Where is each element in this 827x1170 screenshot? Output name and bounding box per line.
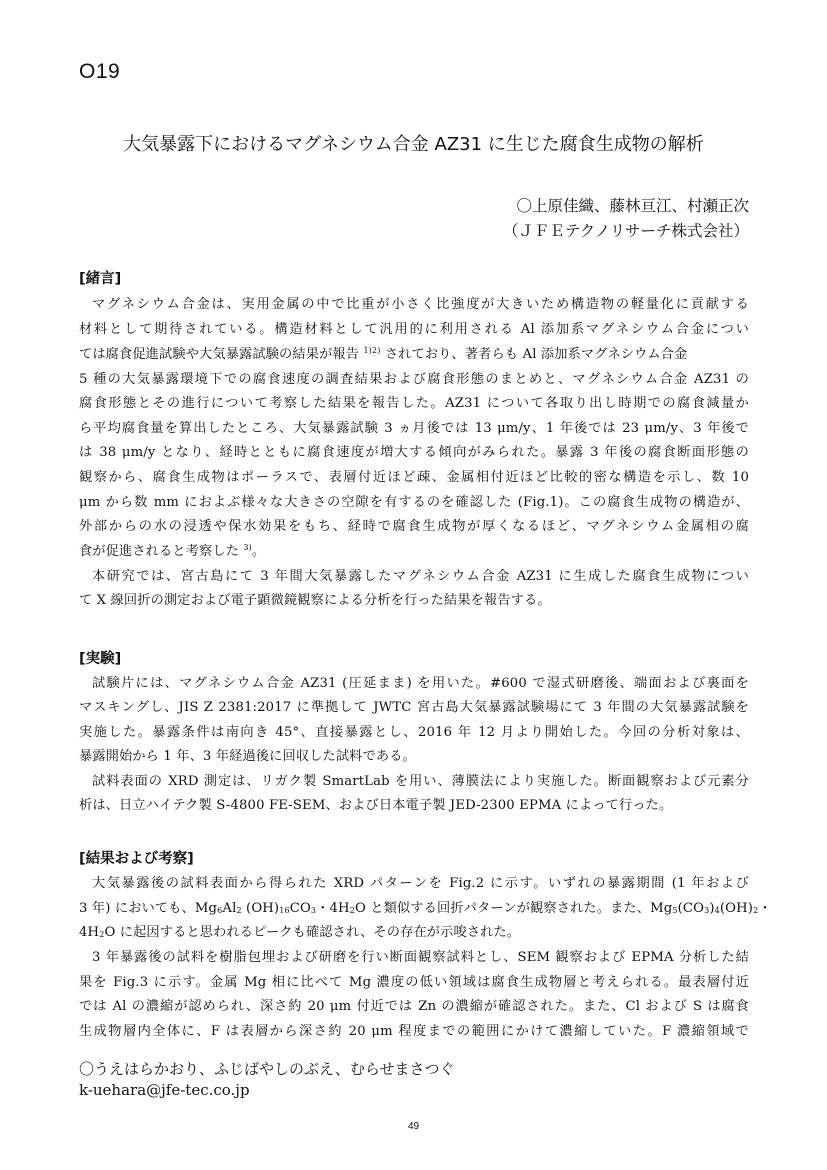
results-line-6: では Al の濃縮が認められ、深さ約 20 μm 付近では Zn の濃縮が確認さ… [79, 995, 749, 1014]
author-list: 〇上原佳織、藤林亘江、村瀬正次 [516, 194, 749, 216]
intro-line-3: ては腐食促進試験や大気暴露試験の結果が報告 1)2) されており、著者らも Al… [79, 343, 749, 362]
results-line-7: 生成物層内全体に、F は表層から深さ約 20 μm 程度までの範囲にかけて濃縮し… [79, 1020, 749, 1039]
intro-line-5: 腐食形態とその進行について考察した結果を報告した。AZ31 について各取り出し時… [79, 392, 749, 411]
citation-1-2: 1)2) [363, 346, 380, 355]
session-code: O19 [79, 60, 120, 84]
intro-line-4: 5 種の大気暴露環境下での腐食速度の調査結果および腐食形態のまとめと、マグネシウ… [79, 368, 749, 387]
intro-line-7: は 38 μm/y となり、経時とともに腐食速度が増大する傾向がみられた。暴露 … [79, 441, 749, 460]
intro-line-3-b: されており、著者らも Al 添加系マグネシウム合金 [385, 347, 688, 362]
paper-title: 大気暴露下におけるマグネシウム合金 AZ31 に生じた腐食生成物の解析 [0, 130, 827, 156]
section-heading-experiment: [実験] [79, 647, 121, 668]
intro-line-9: μm から数 mm におよぶ様々な大きさの空隙を有するのを確認した (Fig.1… [79, 491, 749, 510]
section-heading-intro: [緒言] [79, 267, 121, 288]
intro-line-11: 食が促進されると考察した 3)。 [79, 540, 749, 559]
intro-line-10: 外部からの水の浸透や保水効果をもち、経時で腐食生成物が厚くなるほど、マグネシウム… [79, 515, 749, 534]
results-line-2: 3 年) においても、Mg6Al2 (OH)16CO3・4H2O と類似する回折… [79, 897, 749, 916]
intro-line-11-b: 。 [252, 544, 265, 559]
intro-line-3-a: ては腐食促進試験や大気暴露試験の結果が報告 [79, 347, 359, 362]
experiment-line-6: 析は、日立ハイテク製 S-4800 FE-SEM、および日本電子製 JED-23… [79, 794, 749, 813]
intro-line-8: 観察から、腐食生成物はポーラスで、表層付近ほど疎、金属相付近ほど比較的密な構造を… [79, 466, 749, 485]
experiment-line-4: 暴露開始から 1 年、3 年経過後に回収した試料である。 [79, 745, 749, 764]
results-line-4: 3 年暴露後の試料を樹脂包埋および研磨を行い断面観察試料とし、SEM 観察および… [79, 946, 749, 965]
experiment-line-1: 試験片には、マグネシウム合金 AZ31 (圧延まま) を用いた。#600 で湿式… [79, 672, 749, 691]
intro-line-11-a: 食が促進されると考察した [79, 544, 239, 559]
results-line-5: 果を Fig.3 に示す。金属 Mg 相に比べて Mg 濃度の低い領域は腐食生成… [79, 971, 749, 990]
citation-3: 3) [243, 543, 252, 552]
authors-kana: 〇うえはらかおり、ふじばやしのぶえ、むらせまさつぐ [79, 1058, 454, 1079]
results-line-3: 4H2O に起因すると思われるピークも確認され、その存在が示唆された。 [79, 921, 749, 940]
intro-line-12: 本研究では、宮古島にて 3 年間大気暴露したマグネシウム合金 AZ31 に生成し… [79, 565, 749, 584]
intro-line-6: ら平均腐食量を算出したところ、大気暴露試験 3 ヵ月後では 13 μm/y、1 … [79, 417, 749, 436]
page-number: 49 [0, 1121, 827, 1132]
experiment-line-2: マスキングし、JIS Z 2381:2017 に準拠して JWTC 宮古島大気暴… [79, 696, 749, 715]
experiment-line-5: 試料表面の XRD 測定は、リガク製 SmartLab を用い、薄膜法により実施… [79, 770, 749, 789]
intro-line-13: て X 線回折の測定および電子顕微鏡観察による分析を行った結果を報告する。 [79, 589, 749, 608]
section-heading-results: [結果および考察] [79, 847, 194, 868]
intro-line-2: 材料として期待されている。構造材料として汎用的に利用される Al 添加系マグネシ… [79, 318, 749, 337]
results-line-1: 大気暴露後の試料表面から得られた XRD パターンを Fig.2 に示す。いずれ… [79, 872, 749, 891]
affiliation: （ＪＦＥテクノリサーチ株式会社） [503, 219, 749, 241]
experiment-line-3: 実施した。暴露条件は南向き 45°、直接暴露とし、2016 年 12 月より開始… [79, 721, 749, 740]
intro-line-1: マグネシウム合金は、実用金属の中で比重が小さく比強度が大きいため構造物の軽量化に… [79, 293, 749, 312]
contact-email: k-uehara@jfe-tec.co.jp [79, 1081, 250, 1099]
